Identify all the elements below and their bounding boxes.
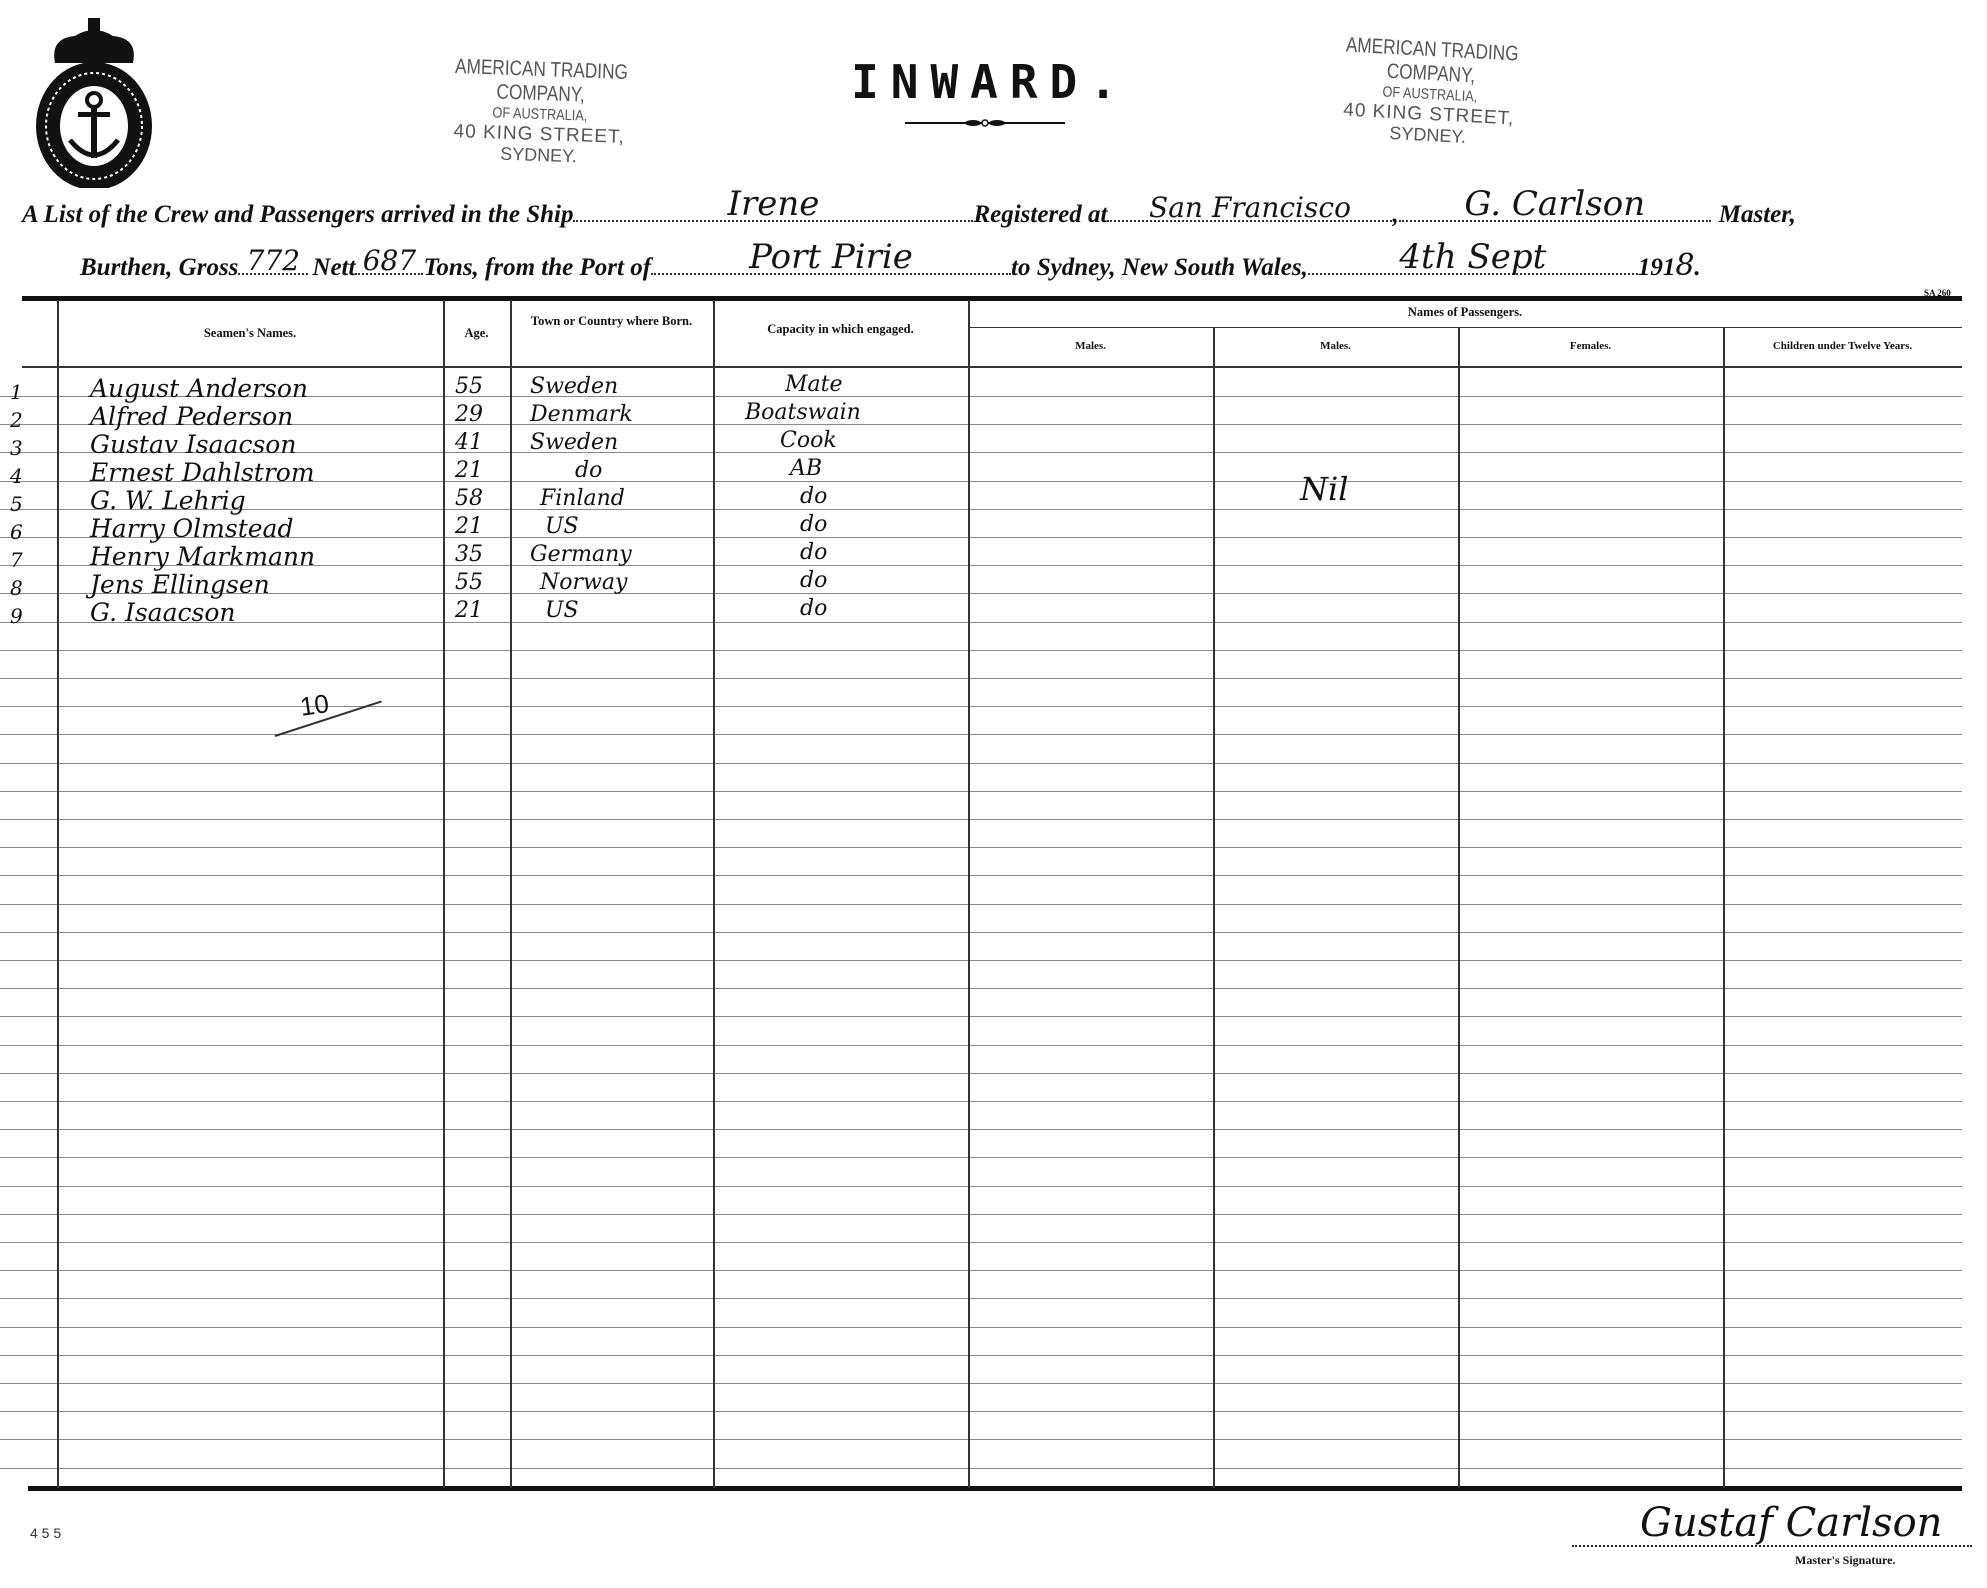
seaman-name: G. Isaacson	[90, 598, 235, 627]
signature-label: Master's Signature.	[1795, 1553, 1895, 1568]
ruled-line	[0, 537, 1962, 538]
gross-value: 772	[238, 244, 308, 277]
seaman-capacity: Cook	[780, 428, 837, 453]
ruled-line	[0, 593, 1962, 594]
seaman-capacity: AB	[790, 456, 822, 481]
seaman-birthplace: Finland	[540, 486, 625, 511]
ruled-line	[0, 1411, 1962, 1412]
row-number: 7	[10, 548, 23, 572]
ship-name-value: Irene	[573, 184, 973, 224]
row-number: 9	[10, 604, 23, 628]
row-number: 3	[10, 436, 23, 460]
seaman-birthplace: Sweden	[530, 430, 618, 455]
burthen-gross-label: Burthen, Gross	[80, 254, 238, 281]
ruled-line	[0, 1242, 1962, 1243]
ruled-line	[0, 1327, 1962, 1328]
ruled-line	[0, 678, 1962, 679]
seaman-birthplace: US	[545, 514, 579, 539]
ruled-line	[0, 1129, 1962, 1130]
master-label: Master,	[1719, 201, 1796, 228]
ruled-line	[0, 763, 1962, 764]
seaman-age: 35	[455, 542, 483, 567]
column-divider	[1458, 328, 1460, 1488]
passengers-nil-annotation: Nil	[1300, 470, 1348, 508]
seaman-capacity: do	[800, 484, 827, 509]
passenger-group-divider	[968, 327, 1962, 328]
row-number: 6	[10, 520, 23, 544]
signature-line	[1572, 1545, 1972, 1547]
seaman-age: 58	[455, 486, 483, 511]
ruled-line	[0, 1270, 1962, 1271]
seaman-birthplace: do	[575, 458, 602, 483]
column-header-capacity: Capacity in which engaged.	[713, 322, 968, 338]
registered-label: Registered at	[973, 201, 1107, 228]
row-number: 8	[10, 576, 23, 600]
seaman-age: 55	[455, 374, 483, 399]
seal-with-crown-and-anchor-icon	[30, 18, 160, 188]
column-divider	[1723, 328, 1725, 1488]
ruled-line	[0, 706, 1962, 707]
master-signature: Gustaf Carlson	[1640, 1500, 1942, 1546]
table-top-rule	[22, 296, 1962, 301]
registered-port-value: San Francisco	[1107, 191, 1392, 224]
column-divider	[968, 300, 970, 1488]
ruled-line	[0, 904, 1962, 905]
seaman-name: Henry Markmann	[90, 542, 315, 571]
ruled-line	[0, 424, 1962, 425]
table-bottom-rule	[28, 1486, 1962, 1491]
seaman-capacity: do	[800, 568, 827, 593]
ruled-line	[0, 1101, 1962, 1102]
master-field: G. Carlson	[1399, 200, 1711, 222]
seaman-birthplace: Norway	[540, 570, 627, 595]
from-port-value: Port Pirie	[651, 237, 1011, 277]
seaman-birthplace: Sweden	[530, 374, 618, 399]
column-header-females: Females.	[1458, 340, 1723, 354]
column-header-males-1: Males.	[968, 340, 1213, 354]
page-title: INWARD.	[780, 55, 1200, 109]
ruled-line	[0, 1186, 1962, 1187]
column-divider	[1213, 328, 1215, 1488]
seaman-birthplace: Denmark	[530, 402, 633, 427]
seaman-name: Harry Olmstead	[90, 514, 293, 543]
gross-field: 772	[238, 253, 308, 275]
seaman-name: Alfred Pederson	[90, 402, 293, 431]
seaman-age: 41	[455, 430, 483, 455]
title-ornament-divider	[905, 118, 1065, 128]
ruled-line	[0, 791, 1962, 792]
company-stamp-right: AMERICAN TRADING COMPANY, OF AUSTRALIA, …	[1267, 30, 1592, 155]
seaman-age: 29	[455, 402, 483, 427]
column-header-born: Town or Country where Born.	[510, 314, 713, 330]
row-number: 2	[10, 408, 23, 432]
seaman-name: Ernest Dahlstrom	[90, 458, 315, 487]
column-divider	[57, 300, 59, 1488]
date-field: 4th Sept	[1308, 253, 1638, 275]
column-header-passengers-group: Names of Passengers.	[968, 305, 1962, 321]
ruled-line	[0, 1214, 1962, 1215]
tons-from-port-label: Tons, from the Port of	[423, 254, 651, 281]
ruled-line	[0, 875, 1962, 876]
seaman-name: G. W. Lehrig	[90, 486, 246, 515]
row-number: 1	[10, 380, 23, 404]
seaman-age: 21	[455, 458, 483, 483]
seaman-name: Jens Ellingsen	[90, 570, 270, 599]
ruled-line	[0, 1383, 1962, 1384]
seaman-age: 21	[455, 598, 483, 623]
ruled-line	[0, 1045, 1962, 1046]
nett-field: 687	[355, 253, 423, 275]
to-sydney-label: to Sydney, New South Wales,	[1011, 254, 1308, 281]
seaman-age: 55	[455, 570, 483, 595]
year-prefix: 191	[1638, 254, 1676, 281]
ruled-line	[0, 1439, 1962, 1440]
ruled-line	[0, 819, 1962, 820]
column-header-seamen-names: Seamen's Names.	[57, 326, 443, 342]
header-line-ship: A List of the Crew and Passengers arrive…	[22, 200, 1796, 229]
ruled-line	[0, 932, 1962, 933]
header-bottom-rule	[22, 366, 1962, 368]
period: .	[1694, 254, 1700, 281]
column-header-children: Children under Twelve Years.	[1723, 340, 1962, 354]
ruled-line	[0, 1298, 1962, 1299]
seaman-birthplace: US	[545, 598, 579, 623]
ruled-line	[0, 622, 1962, 623]
ruled-line	[0, 1073, 1962, 1074]
ruled-line	[0, 1157, 1962, 1158]
seaman-name: August Anderson	[90, 374, 308, 403]
ruled-line	[0, 847, 1962, 848]
ruled-line	[0, 509, 1962, 510]
ruled-line	[0, 988, 1962, 989]
row-number: 4	[10, 464, 23, 488]
column-header-males-2: Males.	[1213, 340, 1458, 354]
column-header-age: Age.	[443, 326, 510, 342]
ruled-line	[0, 734, 1962, 735]
ruled-line	[0, 960, 1962, 961]
nett-value: 687	[355, 244, 423, 277]
ship-field: Irene	[573, 200, 973, 222]
from-port-field: Port Pirie	[651, 253, 1011, 275]
seaman-capacity: do	[800, 512, 827, 537]
margin-mark: 4 5 5	[30, 1525, 61, 1541]
header-line-burthen: Burthen, Gross772Nett687Tons, from the P…	[80, 248, 1701, 283]
seaman-capacity: Boatswain	[745, 400, 861, 425]
column-divider	[443, 300, 445, 1488]
seaman-capacity: do	[800, 596, 827, 621]
column-divider	[510, 300, 512, 1488]
seaman-age: 21	[455, 514, 483, 539]
seaman-capacity: Mate	[785, 372, 843, 397]
column-divider	[713, 300, 715, 1488]
ruled-line	[0, 1016, 1962, 1017]
registered-field: San Francisco	[1107, 200, 1392, 222]
date-value: 4th Sept	[1308, 237, 1638, 277]
year-suffix-value: 8	[1675, 248, 1694, 283]
ruled-line	[0, 1468, 1962, 1469]
nett-label: Nett	[312, 254, 355, 281]
master-name-value: G. Carlson	[1399, 184, 1711, 224]
ruled-line	[0, 650, 1962, 651]
row-number: 5	[10, 492, 23, 516]
ruled-line	[0, 1355, 1962, 1356]
seaman-name: Gustav Isaacson	[90, 430, 296, 459]
ship-label: A List of the Crew and Passengers arrive…	[22, 201, 573, 228]
company-stamp-left: AMERICAN TRADING COMPANY, OF AUSTRALIA, …	[378, 52, 702, 171]
seaman-birthplace: Germany	[530, 542, 632, 567]
seaman-capacity: do	[800, 540, 827, 565]
